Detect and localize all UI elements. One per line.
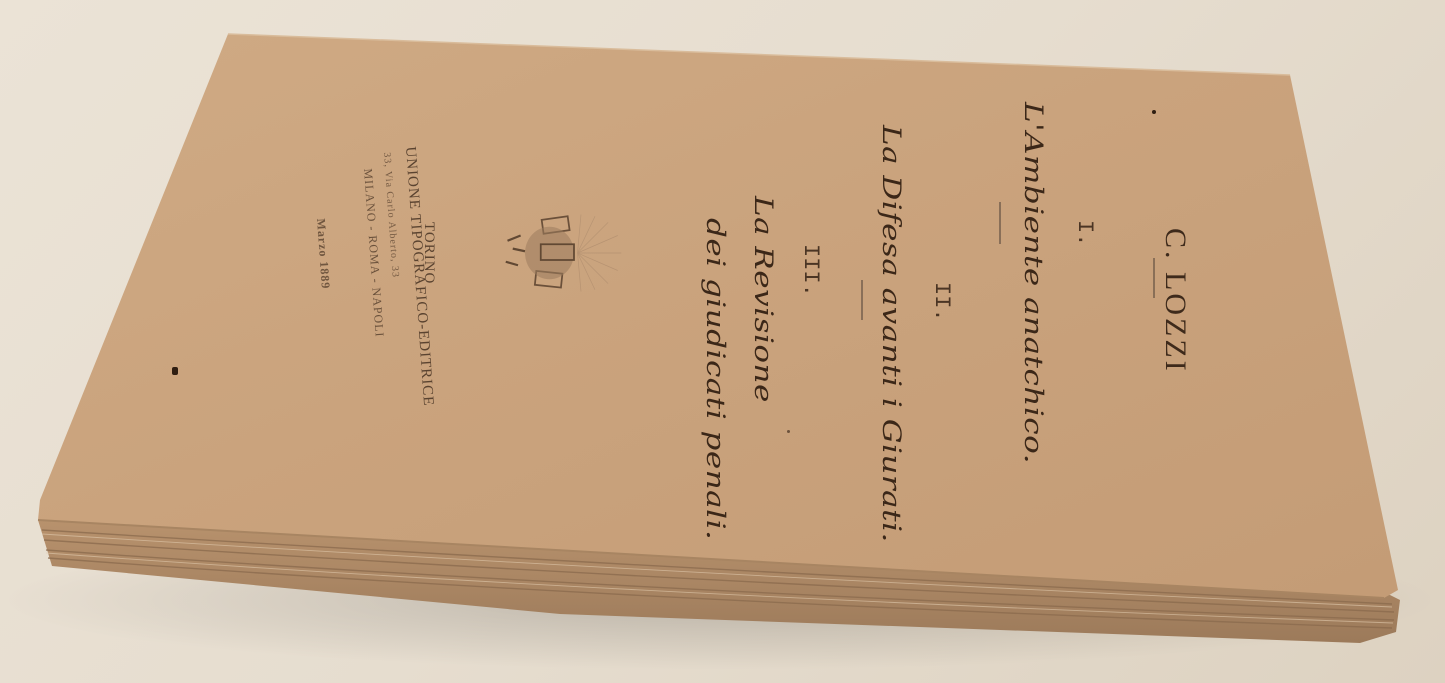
part-title: La Revisione	[748, 196, 778, 403]
cover-speck	[1152, 110, 1156, 114]
part-numeral: III.	[798, 244, 823, 297]
publisher-emblem-icon	[490, 198, 630, 308]
part-numeral: II.	[929, 282, 954, 322]
part-title: La Difesa avanti i Giurati.	[876, 125, 906, 543]
part-title: dei giudicati penali.	[700, 218, 730, 540]
cover-speck	[172, 367, 178, 375]
part-title: L'Ambiente anatchico.	[1018, 102, 1048, 464]
cover-speck	[787, 430, 790, 433]
part-numeral: I.	[1072, 220, 1097, 246]
photo-scene: C. LOZZI I. L'Ambiente anatchico. II. La…	[0, 0, 1445, 683]
divider-rule	[861, 280, 863, 320]
divider-rule	[1153, 258, 1155, 298]
author-name: C. LOZZI	[1158, 228, 1192, 374]
divider-rule	[999, 202, 1001, 244]
